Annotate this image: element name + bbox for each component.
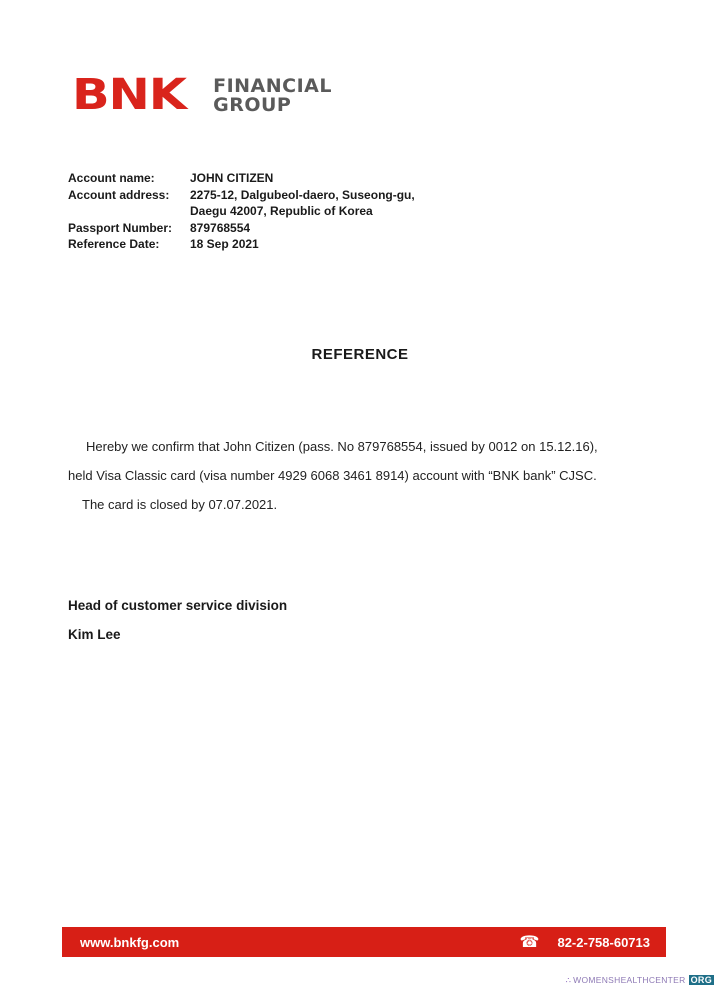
info-value: 18 Sep 2021 [190, 236, 259, 253]
watermark-badge: ORG [689, 975, 714, 985]
body-line: Hereby we confirm that John Citizen (pas… [68, 432, 668, 461]
watermark-text: WOMENSHEALTHCENTER [573, 975, 685, 985]
logo-text: FINANCIAL GROUP [213, 77, 332, 115]
signer-position: Head of customer service division [68, 598, 287, 613]
info-row-account-name: Account name: JOHN CITIZEN [68, 170, 415, 187]
logo-text-line1: FINANCIAL [213, 77, 332, 96]
info-label: Account address: [68, 187, 190, 204]
logo-mark: BNK [72, 74, 186, 117]
body-line: The card is closed by 07.07.2021. [68, 490, 668, 519]
website-link[interactable]: www.bnkfg.com [80, 935, 179, 950]
info-value: JOHN CITIZEN [190, 170, 273, 187]
logo-text-line2: GROUP [213, 96, 332, 115]
footer-phone: ☎ 82-2-758-60713 [520, 932, 650, 952]
body-line: held Visa Classic card (visa number 4929… [68, 461, 668, 490]
info-row-reference-date: Reference Date: 18 Sep 2021 [68, 236, 415, 253]
phone-number: 82-2-758-60713 [557, 935, 650, 950]
info-value: 879768554 [190, 220, 250, 237]
bnk-logo: BNK FINANCIAL GROUP [72, 74, 332, 117]
account-info: Account name: JOHN CITIZEN Account addre… [68, 170, 415, 253]
telephone-icon: ☎ [520, 932, 540, 952]
info-label [68, 203, 190, 220]
info-value: Daegu 42007, Republic of Korea [190, 203, 373, 220]
document-title: REFERENCE [0, 346, 720, 363]
signature-block: Head of customer service division Kim Le… [68, 598, 287, 656]
info-label: Account name: [68, 170, 190, 187]
info-row-passport: Passport Number: 879768554 [68, 220, 415, 237]
info-value: 2275-12, Dalgubeol-daero, Suseong-gu, [190, 187, 415, 204]
signer-name: Kim Lee [68, 627, 287, 642]
footer-bar: www.bnkfg.com ☎ 82-2-758-60713 [62, 927, 666, 957]
info-label: Reference Date: [68, 236, 190, 253]
info-label: Passport Number: [68, 220, 190, 237]
watermark: ∴ WOMENSHEALTHCENTER ORG [566, 975, 714, 985]
info-row-account-address: Account address: 2275-12, Dalgubeol-daer… [68, 187, 415, 204]
reference-body: Hereby we confirm that John Citizen (pas… [68, 432, 668, 519]
info-row-address-cont: Daegu 42007, Republic of Korea [68, 203, 415, 220]
dots-icon: ∴ [566, 976, 571, 985]
